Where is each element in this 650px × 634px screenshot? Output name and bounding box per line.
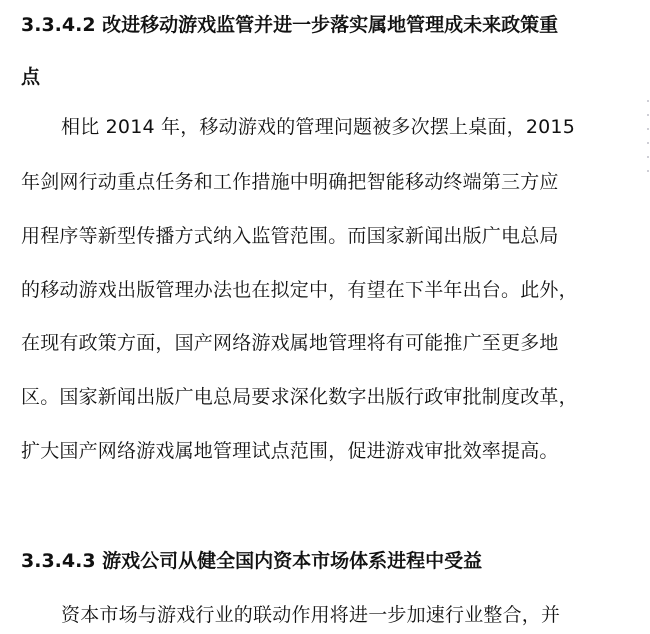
section-heading-3-3-4-2: 3.3.4.2 改进移动游戏监管并进一步落实属地管理成未来政策重 bbox=[21, 13, 558, 37]
page-edge-artifact bbox=[646, 100, 650, 220]
paragraph-line: 区。国家新闻出版广电总局要求深化数字出版行政审批制度改革， bbox=[21, 385, 578, 409]
paragraph-line: 资本市场与游戏行业的联动作用将进一步加速行业整合，并 bbox=[61, 603, 560, 627]
paragraph-line: 年剑网行动重点任务和工作措施中明确把智能移动终端第三方应 bbox=[21, 170, 559, 194]
paragraph-line: 用程序等新型传播方式纳入监管范围。而国家新闻出版广电总局 bbox=[21, 224, 559, 248]
paragraph-line: 的移动游戏出版管理办法也在拟定中，有望在下半年出台。此外， bbox=[21, 278, 578, 302]
section-heading-3-3-4-2-continued: 点 bbox=[21, 65, 40, 89]
section-heading-3-3-4-3: 3.3.4.3 游戏公司从健全国内资本市场体系进程中受益 bbox=[21, 549, 482, 573]
document-page: 3.3.4.2 改进移动游戏监管并进一步落实属地管理成未来政策重 点 相比 20… bbox=[0, 0, 650, 634]
paragraph-line: 相比 2014 年，移动游戏的管理问题被多次摆上桌面，2015 bbox=[61, 115, 575, 139]
paragraph-line: 扩大国产网络游戏属地管理试点范围，促进游戏审批效率提高。 bbox=[21, 439, 559, 463]
paragraph-line: 在现有政策方面，国产网络游戏属地管理将有可能推广至更多地 bbox=[21, 331, 559, 355]
